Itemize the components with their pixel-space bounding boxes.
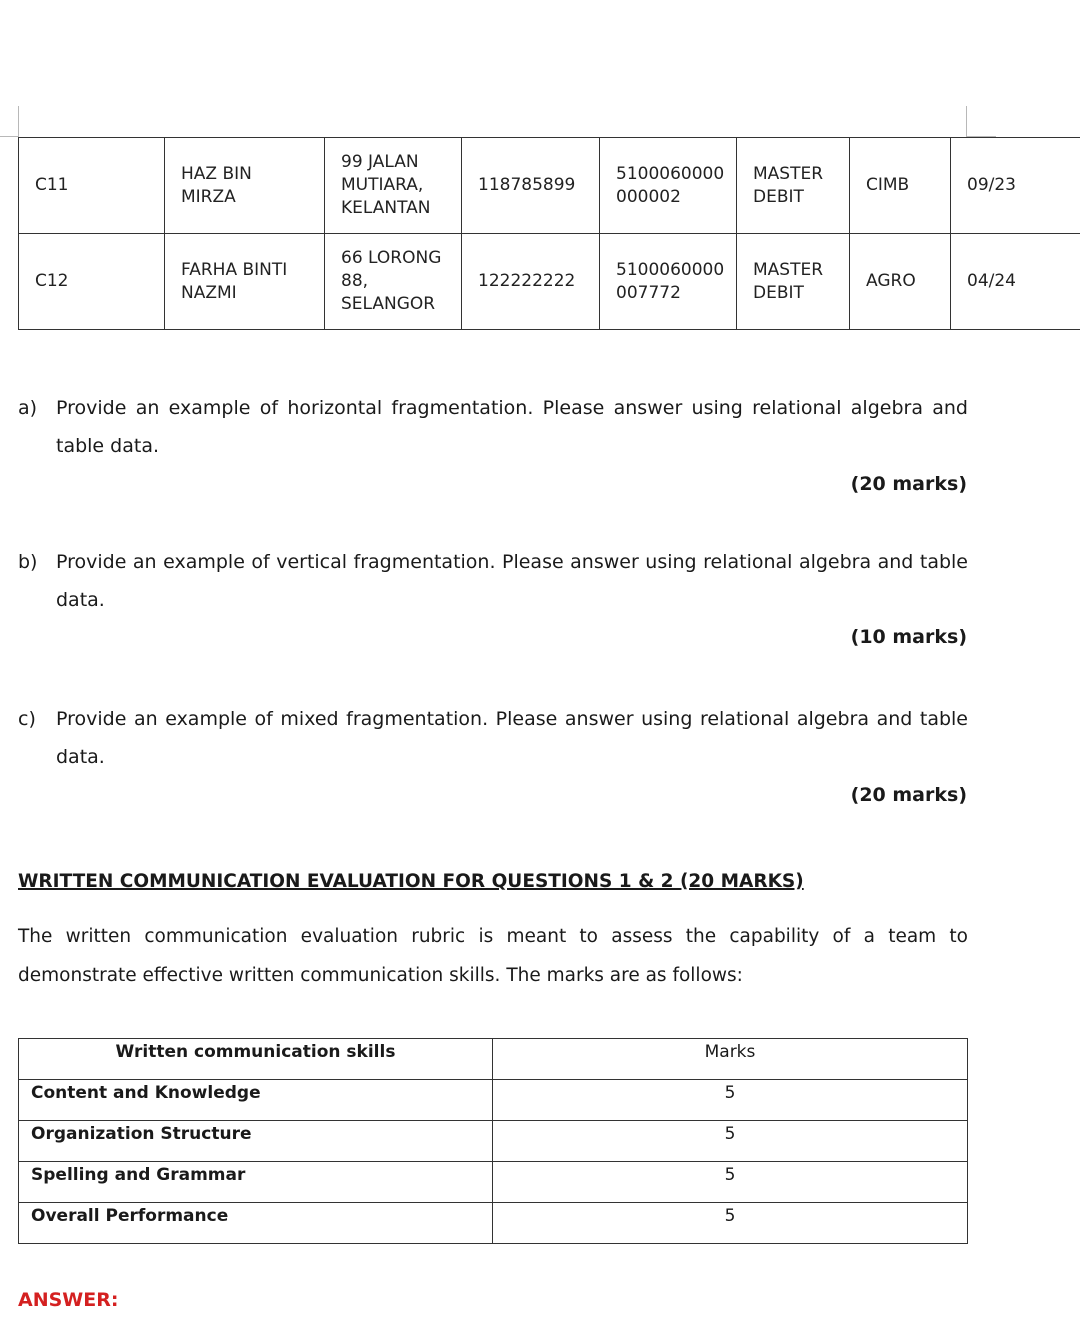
customer-id-cell: C12 (19, 234, 165, 330)
rubric-skill: Overall Performance (19, 1203, 493, 1244)
rubric-row: Overall Performance 5 (19, 1203, 968, 1244)
bank-cell: AGRO (850, 234, 951, 330)
table-row: C12 FARHA BINTI NAZMI 66 LORONG 88, SELA… (19, 234, 1080, 330)
evaluation-intro: The written communication evaluation rub… (18, 917, 968, 995)
rubric-table: Written communication skills Marks Conte… (18, 1038, 968, 1244)
rubric-marks: 5 (493, 1080, 968, 1121)
question-letter: b) (18, 543, 37, 581)
answer-label: ANSWER: (18, 1289, 118, 1311)
customer-name-cell: HAZ BIN MIRZA (165, 138, 325, 234)
rubric-header-row: Written communication skills Marks (19, 1039, 968, 1080)
question-text: Provide an example of horizontal fragmen… (56, 389, 968, 465)
expiry-cell: 04/24 (951, 234, 1080, 330)
card-number-cell: 5100060000 007772 (600, 234, 737, 330)
rubric-marks: 5 (493, 1121, 968, 1162)
rubric-skill: Spelling and Grammar (19, 1162, 493, 1203)
question-text: Provide an example of vertical fragmenta… (56, 543, 968, 619)
customer-phone-cell: 122222222 (462, 234, 600, 330)
rubric-header-skill: Written communication skills (19, 1039, 493, 1080)
rubric-row: Content and Knowledge 5 (19, 1080, 968, 1121)
rubric-skill: Content and Knowledge (19, 1080, 493, 1121)
question-c: c) Provide an example of mixed fragmenta… (18, 700, 968, 776)
question-b-marks: (10 marks) (851, 626, 967, 648)
card-type-cell: MASTER DEBIT (737, 234, 850, 330)
expiry-cell: 09/23 (951, 138, 1080, 234)
customer-phone-cell: 118785899 (462, 138, 600, 234)
question-letter: c) (18, 700, 36, 738)
customer-table: C11 HAZ BIN MIRZA 99 JALAN MUTIARA, KELA… (18, 137, 1080, 330)
evaluation-title: WRITTEN COMMUNICATION EVALUATION FOR QUE… (18, 871, 804, 892)
customer-address-cell: 99 JALAN MUTIARA, KELANTAN (325, 138, 462, 234)
rubric-marks: 5 (493, 1162, 968, 1203)
customer-address-cell: 66 LORONG 88, SELANGOR (325, 234, 462, 330)
page-corner-mark-right-v (966, 106, 967, 137)
question-a: a) Provide an example of horizontal frag… (18, 389, 968, 465)
rubric-marks: 5 (493, 1203, 968, 1244)
question-b: b) Provide an example of vertical fragme… (18, 543, 968, 619)
customer-name-cell: FARHA BINTI NAZMI (165, 234, 325, 330)
page-corner-mark-left-v (18, 106, 19, 137)
table-row: C11 HAZ BIN MIRZA 99 JALAN MUTIARA, KELA… (19, 138, 1080, 234)
question-text: Provide an example of mixed fragmentatio… (56, 700, 968, 776)
rubric-header-marks: Marks (493, 1039, 968, 1080)
question-letter: a) (18, 389, 37, 427)
question-a-marks: (20 marks) (851, 473, 967, 495)
rubric-row: Organization Structure 5 (19, 1121, 968, 1162)
rubric-skill: Organization Structure (19, 1121, 493, 1162)
rubric-row: Spelling and Grammar 5 (19, 1162, 968, 1203)
card-type-cell: MASTER DEBIT (737, 138, 850, 234)
card-number-cell: 5100060000 000002 (600, 138, 737, 234)
customer-id-cell: C11 (19, 138, 165, 234)
question-c-marks: (20 marks) (851, 784, 967, 806)
bank-cell: CIMB (850, 138, 951, 234)
page-corner-mark-left-h (0, 136, 18, 137)
